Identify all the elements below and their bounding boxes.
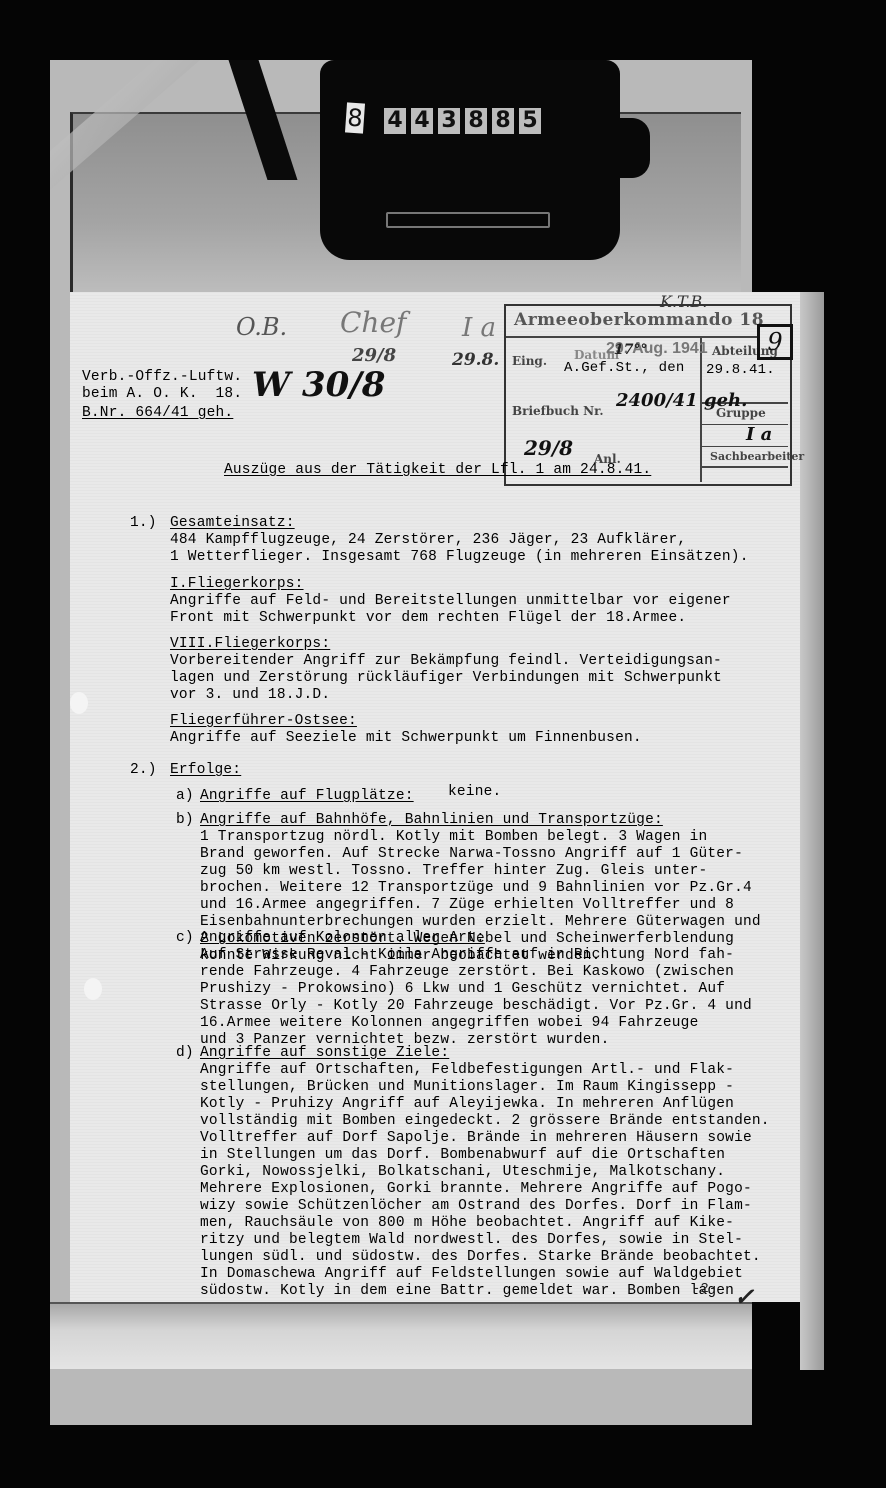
- stamp-gruppe-label: Gruppe: [716, 406, 766, 420]
- text-line: Volltreffer auf Dorf Sapolje. Brände in …: [200, 1130, 752, 1147]
- frame-counter-device: [320, 60, 620, 260]
- text-line: vollständig mit Bomben eingedeckt. 2 grö…: [200, 1113, 770, 1130]
- item-letter: a): [176, 788, 194, 805]
- punch-hole: [70, 692, 88, 714]
- stamp-sachbearbeiter-label: Sachbearbeiter: [710, 450, 804, 463]
- text-line: Front mit Schwerpunkt vor dem rechten Fl…: [170, 610, 686, 627]
- text-line: 484 Kampfflugzeuge, 24 Zerstörer, 236 Jä…: [170, 532, 686, 549]
- section-number: 1.): [130, 515, 157, 532]
- item-letter: c): [176, 930, 194, 947]
- stamp-abteilung-value: 29.8.41.: [706, 362, 775, 379]
- handwritten-chef-date: 29/8: [352, 345, 396, 366]
- stamp-title: Armeeoberkommando 18: [514, 310, 764, 330]
- item-heading: Angriffe auf Bahnhöfe, Bahnlinien und Tr…: [200, 812, 663, 829]
- item-heading: Angriffe auf Kolonnen aller Art:: [200, 930, 485, 947]
- section-number: 2.): [130, 762, 157, 779]
- counter-tag: 8: [345, 102, 365, 133]
- subsection-heading: VIII.Fliegerkorps:: [170, 636, 330, 653]
- item-inline-value: keine.: [448, 784, 501, 801]
- handwritten-ia: I a: [462, 313, 496, 343]
- item-letter: d): [176, 1045, 194, 1062]
- text-line: lungen südl. und südostw. des Dorfes. St…: [200, 1249, 761, 1266]
- item-letter: b): [176, 812, 194, 829]
- stamp-eing-label: Eing.: [512, 354, 547, 368]
- sender-line-2: beim A. O. K. 18.: [82, 386, 242, 403]
- counter-digits: 4 4 3 8 8 5: [384, 108, 541, 134]
- text-line: Angriffe auf Feld- und Bereitstellungen …: [170, 593, 731, 610]
- handwritten-ob: O.B.: [236, 313, 287, 341]
- text-line: Brand geworfen. Auf Strecke Narwa-Tossno…: [200, 846, 743, 863]
- text-line: lagen und Zerstörung rückläufiger Verbin…: [170, 670, 722, 687]
- text-line: vor 3. und 18.J.D.: [170, 687, 330, 704]
- punch-hole: [84, 978, 102, 1000]
- handwritten-ia-date: 29.8.: [452, 350, 499, 370]
- counter-digit: 4: [411, 108, 433, 134]
- sender-line-1: Verb.-Offz.-Luftw.: [82, 369, 242, 386]
- folio-number-box: 9: [757, 324, 793, 360]
- counter-digit: 8: [492, 108, 514, 134]
- counter-digit: 5: [519, 108, 541, 134]
- text-line: Gorki, Nowossjelki, Bolkatschani, Utesch…: [200, 1164, 725, 1181]
- text-line: Eisenbahnunterbrechungen wurden erzielt.…: [200, 914, 761, 931]
- counter-knob: [600, 118, 650, 178]
- item-heading: Angriffe auf Flugplätze:: [200, 788, 414, 805]
- text-line: men, Rauchsäule von 800 m Höhe beobachte…: [200, 1215, 734, 1232]
- reference-number: B.Nr. 664/41 geh.: [82, 405, 233, 422]
- counter-digit: 4: [384, 108, 406, 134]
- text-line: wizy sowie Schützenlöcher am Ostrand des…: [200, 1198, 752, 1215]
- text-line: In Domaschewa Angriff auf Feldstellungen…: [200, 1266, 743, 1283]
- text-line: 1 Wetterflieger. Insgesamt 768 Flugzeuge…: [170, 549, 749, 566]
- text-line: und 16.Armee angegriffen. 7 Züge erhielt…: [200, 897, 734, 914]
- text-line: zug 50 km westl. Tossno. Treffer hinter …: [200, 863, 707, 880]
- stamp-location-line: A.Gef.St., den: [564, 360, 684, 377]
- item-heading: Angriffe auf sonstige Ziele:: [200, 1045, 449, 1062]
- stamp-anl-handwritten: 29/8: [524, 436, 573, 460]
- text-line: Strasse Orly - Kotly 20 Fahrzeuge beschä…: [200, 998, 752, 1015]
- text-line: Angriffe auf Ortschaften, Feldbefestigun…: [200, 1062, 734, 1079]
- section-heading: Erfolge:: [170, 762, 241, 779]
- check-mark-icon: ✓: [734, 1282, 754, 1311]
- handwritten-initials: W 30/8: [252, 365, 385, 405]
- subsection-heading: Fliegerführer-Ostsee:: [170, 713, 357, 730]
- counter-digit: 3: [438, 108, 460, 134]
- receipt-stamp: Armeeoberkommando 18 Eing. Datum 29. Aug…: [504, 304, 792, 486]
- subsection-heading: I.Fliegerkorps:: [170, 576, 304, 593]
- document-title: Auszüge aus der Tätigkeit der Lfl. 1 am …: [224, 462, 651, 479]
- counter-digit: 8: [465, 108, 487, 134]
- text-line: stellungen, Brücken und Munitionslager. …: [200, 1079, 734, 1096]
- text-line: Auf Strasse Reval - Koila Angriffe auf i…: [200, 947, 734, 964]
- stamp-gruppe-value: I a: [746, 424, 772, 445]
- section-heading: Gesamteinsatz:: [170, 515, 295, 532]
- stamp-handwritten-time: 17°°: [614, 342, 647, 358]
- board-bottom-strip: [50, 1302, 752, 1369]
- text-line: 1 Transportzug nördl. Kotly mit Bomben b…: [200, 829, 707, 846]
- text-line: ritzy und belegtem Wald nordwestl. des D…: [200, 1232, 743, 1249]
- text-line: südostw. Kotly in dem eine Battr. gemeld…: [200, 1283, 734, 1300]
- page-continuation-marker: -2-: [692, 1281, 717, 1297]
- counter-slot: [386, 212, 550, 228]
- text-line: Prushizy - Prokowsino) 6 Lkw und 1 Gesch…: [200, 981, 725, 998]
- text-line: Angriffe auf Seeziele mit Schwerpunkt um…: [170, 730, 642, 747]
- text-line: Kotly - Pruhizy Angriff auf Aleyijewka. …: [200, 1096, 734, 1113]
- text-line: Vorbereitender Angriff zur Bekämpfung fe…: [170, 653, 722, 670]
- text-line: Mehrere Explosionen, Gorki brannte. Mehr…: [200, 1181, 752, 1198]
- handwritten-chef: Chef: [340, 306, 406, 339]
- stamp-briefbuch-label: Briefbuch Nr.: [512, 404, 604, 418]
- text-line: in Stellungen um das Dorf. Bombenabwurf …: [200, 1147, 725, 1164]
- text-line: 16.Armee weitere Kolonnen angegriffen wo…: [200, 1015, 698, 1032]
- text-line: rende Fahrzeuge. 4 Fahrzeuge zerstört. B…: [200, 964, 734, 981]
- text-line: brochen. Weitere 12 Transportzüge und 9 …: [200, 880, 752, 897]
